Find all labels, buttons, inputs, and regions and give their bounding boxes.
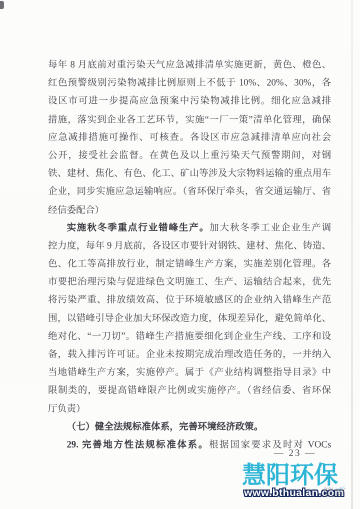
text-segment: 经信委配合）: [48, 204, 104, 215]
text-segment: 当地错峰生产方案，实施停产。属于《产业结构调整指导目录》中: [48, 367, 331, 378]
text-line: 铁、建材、焦化、有色、化工、矿山等涉及大宗物料运输的重点用车: [48, 165, 331, 183]
text-line: 绝对化、“一刀切”。错峰生产措施要细化到企业生产线、工序和设: [48, 327, 331, 345]
text-segment: 应急减排措施可操作、可核查。各设区市应急减排清单应向社会: [48, 131, 331, 142]
text-line: 设区市可进一步提高应急预案中污染物减排比例。细化应急减排: [48, 92, 331, 110]
text-segment: 设区市可进一步提高应急预案中污染物减排比例。细化应急减排: [48, 95, 331, 106]
text-segment: 每年 8 月底前对重污染天气应急减排清单实施更新，黄色、橙色、: [48, 59, 331, 70]
text-segment: 围，以错峰引导企业加大环保改造力度，体现差异化，避免简单化、: [48, 312, 331, 323]
text-line: 当地错峰生产方案，实施停产。属于《产业结构调整指导目录》中: [48, 363, 331, 381]
text-segment: 绝对化、“一刀切”。错峰生产措施要细化到企业生产线、工序和设: [48, 330, 331, 341]
text-line: 市要把治理污染与促进绿色文明施工、生产、运输结合起来，优先: [48, 273, 331, 291]
bold-text-segment: 实施秋冬季重点行业错峰生产。: [67, 222, 210, 233]
bold-text-segment: 29. 完善地方性法规标准体系。: [67, 439, 209, 450]
text-line: 色、化工等高排放行业，制定错峰生产方案，实施差别化管理。各: [48, 255, 331, 273]
text-segment: 市要把治理污染与促进绿色文明施工、生产、运输结合起来，优先: [48, 276, 331, 287]
text-line: 厅负责）: [48, 400, 331, 418]
text-line: 红色预警级别污染物减排比例原则上不低于 10%、20%、30%，各: [48, 74, 331, 92]
text-segment: 企业，同步实施应急运输响应。（省环保厅牵头，省交通运输厅、省: [48, 186, 331, 197]
text-line: （七）健全法规标准体系，完善环境经济政策。: [48, 418, 331, 436]
text-line: 应急减排措施可操作、可核查。各设区市应急减排清单应向社会: [48, 128, 331, 146]
text-line: 措施，落实到企业各工艺环节，实施“一厂一策”清单化管理，确保: [48, 110, 331, 128]
text-line: 公开，接受社会监督。在黄色及以上重污染天气预警期间，对钢: [48, 146, 331, 164]
text-line: 经信委配合）: [48, 201, 331, 219]
document-body-text: 每年 8 月底前对重污染天气应急减排清单实施更新，黄色、橙色、红色预警级别污染物…: [48, 56, 331, 454]
text-segment: 铁、建材、焦化、有色、化工、矿山等涉及大宗物料运输的重点用车: [48, 168, 331, 179]
text-segment: 公开，接受社会监督。在黄色及以上重污染天气预警期间，对钢: [48, 150, 331, 161]
page-edge-shadow: [351, 0, 353, 509]
page-number: — 23 —: [258, 449, 332, 459]
text-segment: 厅负责）: [48, 403, 85, 414]
text-line: 控力度，每年 9 月底前，各设区市要针对钢铁、建材、焦化、铸造、有: [48, 237, 331, 255]
text-segment: 红色预警级别污染物减排比例原则上不低于 10%、20%、30%，各: [48, 77, 331, 88]
text-segment: 将污染严重、排放绩效高、位于环境敏感区的企业纳入错峰生产范: [48, 294, 331, 305]
text-segment: 限制类的，要提高错峰限产比例或实施停产。（省经信委、省环保: [48, 385, 331, 396]
text-segment: 控力度，每年 9 月底前，各设区市要针对钢铁、建材、焦化、铸造、有: [48, 240, 331, 255]
text-line: 限制类的，要提高错峰限产比例或实施停产。（省经信委、省环保: [48, 382, 331, 400]
bold-text-segment: （七）健全法规标准体系，完善环境经济政策。: [67, 421, 264, 432]
text-line: 备，载入排污许可证。企业未按期完成治理改造任务的，一并纳入: [48, 345, 331, 363]
text-segment: 备，载入排污许可证。企业未按期完成治理改造任务的，一并纳入: [48, 348, 331, 359]
text-line: 实施秋冬季重点行业错峰生产。加大秋冬季工业企业生产调: [48, 219, 331, 237]
text-line: 每年 8 月底前对重污染天气应急减排清单实施更新，黄色、橙色、: [48, 56, 331, 74]
text-segment: 色、化工等高排放行业，制定错峰生产方案，实施差别化管理。各: [48, 258, 331, 269]
scan-artifact-mark: [0, 1, 4, 9]
text-line: 围，以错峰引导企业加大环保改造力度，体现差异化，避免简单化、: [48, 309, 331, 327]
text-segment: 措施，落实到企业各工艺环节，实施“一厂一策”清单化管理，确保: [48, 113, 331, 124]
watermark-tag-text: 管家: [323, 484, 347, 500]
text-line: 企业，同步实施应急运输响应。（省环保厅牵头，省交通运输厅、省: [48, 183, 331, 201]
text-line: 将污染严重、排放绩效高、位于环境敏感区的企业纳入错峰生产范: [48, 291, 331, 309]
text-segment: 加大秋冬季工业企业生产调: [210, 222, 332, 233]
